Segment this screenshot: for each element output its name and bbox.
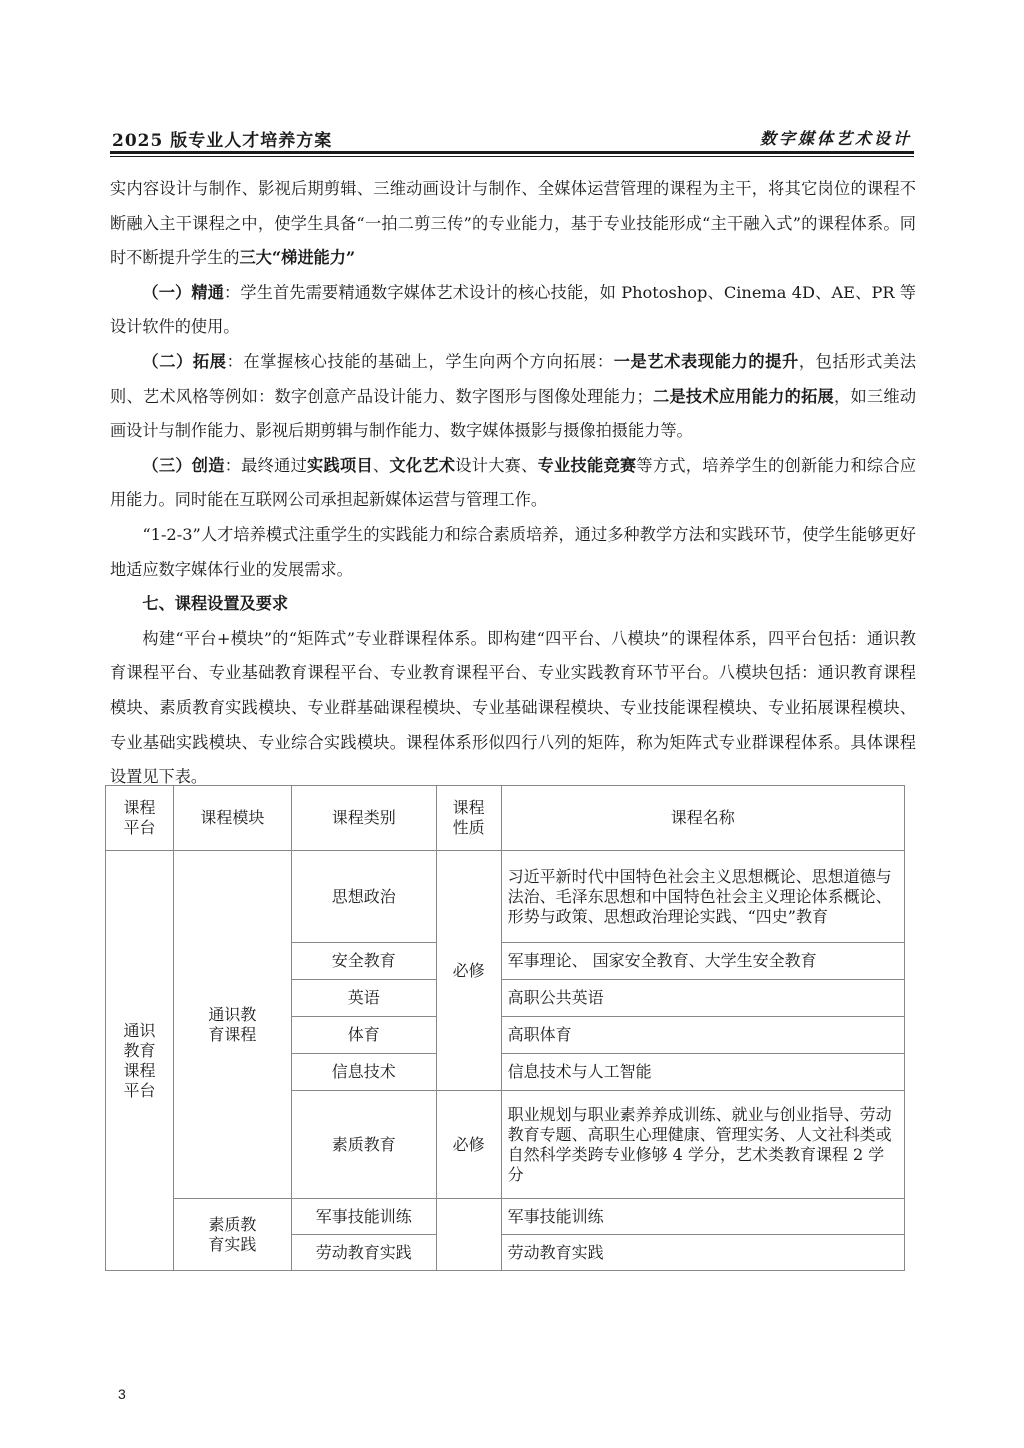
module-cell-general: 通识教育课程 xyxy=(173,851,291,1199)
course-names-cell: 信息技术与人工智能 xyxy=(501,1054,904,1091)
course-names-cell: 习近平新时代中国特色社会主义思想概论、思想道德与法治、毛泽东思想和中国特色社会主… xyxy=(501,851,904,943)
table-row: 素质教育实践 军事技能训练 军事技能训练 xyxy=(106,1199,905,1235)
paragraph-curriculum-system: 构建“平台+模块”的“矩阵式”专业群课程体系。即构建“四平台、八模块”的课程体系… xyxy=(110,622,916,795)
header-category: 课程类别 xyxy=(291,786,436,851)
header-platform: 课程平台 xyxy=(106,786,174,851)
nature-cell xyxy=(436,1199,501,1271)
nature-cell: 必修 xyxy=(436,851,501,1091)
section-heading: 七、课程设置及要求 xyxy=(110,587,916,622)
document-body: 实内容设计与制作、影视后期剪辑、三维动画设计与制作、全媒体运营管理的课程为主干，… xyxy=(110,172,916,795)
platform-cell: 通识教育课程平台 xyxy=(106,851,174,1271)
header-doc-title: 2025 版专业人才培养方案 xyxy=(112,126,332,151)
header-nature: 课程性质 xyxy=(436,786,501,851)
course-table: 课程平台 课程模块 课程类别 课程性质 课程名称 通识教育课程平台 通识教育课程… xyxy=(105,785,905,1271)
page-number: 3 xyxy=(118,1386,126,1402)
header-module: 课程模块 xyxy=(173,786,291,851)
header-major-name: 数字媒体艺术设计 xyxy=(760,126,912,149)
category-cell: 英语 xyxy=(291,980,436,1017)
course-names-cell: 劳动教育实践 xyxy=(501,1235,904,1271)
course-names-cell: 高职公共英语 xyxy=(501,980,904,1017)
course-names-cell: 职业规划与职业素养养成训练、就业与创业指导、劳动教育专题、高职生心理健康、管理实… xyxy=(501,1091,904,1199)
category-cell: 安全教育 xyxy=(291,943,436,980)
category-cell: 劳动教育实践 xyxy=(291,1235,436,1271)
table-row: 通识教育课程平台 通识教育课程 思想政治 必修 习近平新时代中国特色社会主义思想… xyxy=(106,851,905,943)
paragraph-continuation: 实内容设计与制作、影视后期剪辑、三维动画设计与制作、全媒体运营管理的课程为主干，… xyxy=(110,172,916,276)
category-cell: 信息技术 xyxy=(291,1054,436,1091)
course-names-cell: 军事理论、 国家安全教育、大学生安全教育 xyxy=(501,943,904,980)
category-cell: 军事技能训练 xyxy=(291,1199,436,1235)
running-header: 2025 版专业人才培养方案 数字媒体艺术设计 xyxy=(110,124,914,152)
paragraph-model-summary: “1-2-3”人才培养模式注重学生的实践能力和综合素质培养，通过多种教学方法和实… xyxy=(110,518,916,587)
header-rule-thick xyxy=(110,151,914,154)
paragraph-creation: （三）创造：最终通过实践项目、文化艺术设计大赛、专业技能竞赛等方式，培养学生的创… xyxy=(110,449,916,518)
header-course-names: 课程名称 xyxy=(501,786,904,851)
nature-cell: 必修 xyxy=(436,1091,501,1199)
paragraph-expansion: （二）拓展：在掌握核心技能的基础上，学生向两个方向拓展：一是艺术表现能力的提升，… xyxy=(110,345,916,449)
paragraph-mastery: （一）精通：学生首先需要精通数字媒体艺术设计的核心技能，如 Photoshop、… xyxy=(110,276,916,345)
category-cell: 思想政治 xyxy=(291,851,436,943)
header-rule-thin xyxy=(110,156,914,157)
course-names-cell: 军事技能训练 xyxy=(501,1199,904,1235)
category-cell: 素质教育 xyxy=(291,1091,436,1199)
course-names-cell: 高职体育 xyxy=(501,1017,904,1054)
module-cell-quality-practice: 素质教育实践 xyxy=(173,1199,291,1271)
category-cell: 体育 xyxy=(291,1017,436,1054)
table-header-row: 课程平台 课程模块 课程类别 课程性质 课程名称 xyxy=(106,786,905,851)
